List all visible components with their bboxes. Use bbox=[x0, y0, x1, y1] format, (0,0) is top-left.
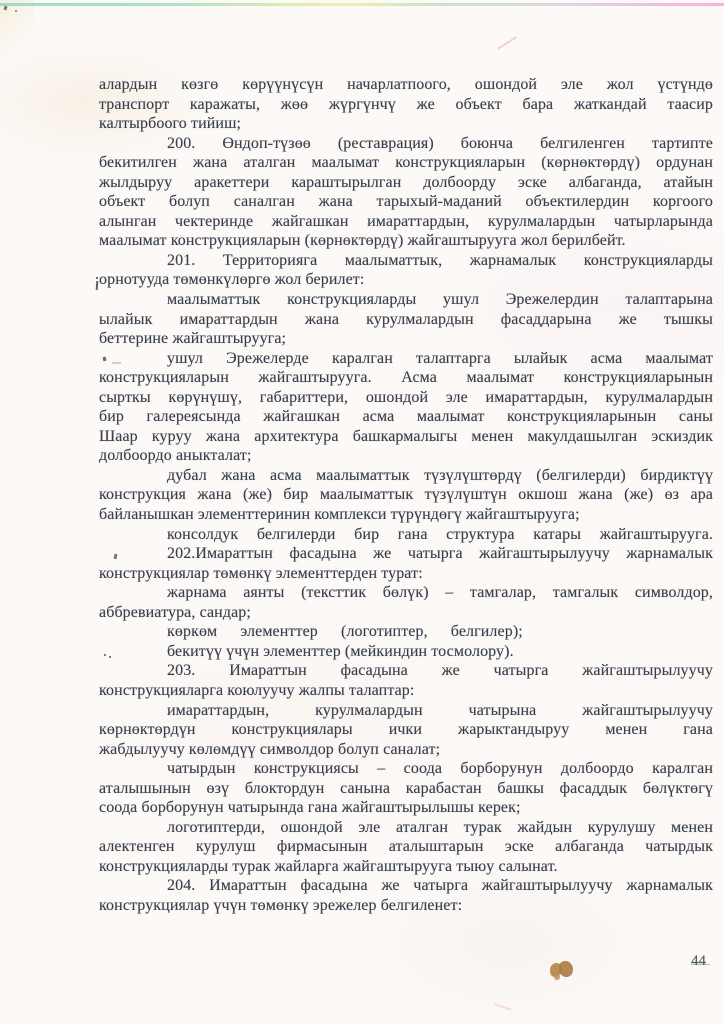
ink-speck bbox=[15, 10, 17, 12]
text-line: жарнама аянты (тексттик бөлүк) – тамгала… bbox=[99, 583, 713, 603]
stain-blob bbox=[559, 961, 573, 977]
text-line: алектенген курулуш фирмасынын аталыштары… bbox=[99, 837, 713, 857]
text-line: конструкцияларды турак жайларга жайгашты… bbox=[99, 857, 713, 877]
text-line: конструкциялар төмөнкү элементтерден тур… bbox=[99, 564, 713, 584]
text-line: чатырдын конструкциясы – соода борборуну… bbox=[99, 759, 713, 779]
text-line: алынган чектеринде жайгашкан имараттарды… bbox=[99, 212, 713, 232]
scanned-page: алардын көзгө көрүүнүсүн начарлатпоого, … bbox=[0, 0, 724, 1024]
text-line: бир галереясында жайгашкан асма маалымат… bbox=[99, 407, 713, 427]
margin-ink-mark bbox=[96, 281, 99, 290]
text-line: бекитүү үчүн элементтер (мейкиндин тосмо… bbox=[99, 642, 713, 662]
text-line: конструкциялар үчүн төмөнкү эрежелер бел… bbox=[99, 896, 713, 916]
text-block: алардын көзгө көрүүнүсүн начарлатпоого, … bbox=[99, 75, 713, 916]
text-line: калтырбоого тийиш; bbox=[99, 114, 713, 134]
margin-ink-mark bbox=[103, 357, 107, 362]
text-line: дубал жана асма маалыматтык түзүлүштөрдү… bbox=[99, 466, 713, 486]
margin-ink-mark bbox=[112, 362, 121, 364]
text-line: байланышкан элементтеринин комплекси түр… bbox=[99, 505, 713, 525]
scan-artifact-line bbox=[691, 964, 710, 965]
margin-ink-mark bbox=[96, 277, 98, 279]
text-line: конструкцияларын жайгаштырууга. Асма маа… bbox=[99, 368, 713, 388]
text-line: бекитилген жана аталган маалымат констру… bbox=[99, 153, 713, 173]
text-line: жылдыруу аракеттери караштырылган долбоо… bbox=[99, 173, 713, 193]
text-line: ушул Эрежелерде каралган талаптарга ылай… bbox=[99, 349, 713, 369]
text-line: Шаар куруу жана архитектура башкармалыгы… bbox=[99, 427, 713, 447]
text-line: көркөм элементтер (логотиптер, белгилер)… bbox=[99, 622, 713, 642]
text-line: 201. Территорияга маалыматтык, жарнамалы… bbox=[99, 251, 713, 271]
text-line: алардын көзгө көрүүнүсүн начарлатпоого, … bbox=[99, 75, 713, 95]
text-line: маалыматтык конструкцияларды ушул Эрежел… bbox=[99, 290, 713, 310]
text-line: соода борборунун чатырында гана жайгашты… bbox=[99, 798, 713, 818]
text-line: 202.Имараттын фасадына же чатырга жайгаш… bbox=[99, 544, 713, 564]
text-line: аталышынын өзү блоктордун санына карабас… bbox=[99, 779, 713, 799]
text-line: конструкция жана (же) бир маалыматтык тү… bbox=[99, 485, 713, 505]
text-line: 200. Өндоп-түзөө (реставрация) боюнча бе… bbox=[99, 134, 713, 154]
text-line: аббревиатура, сандар; bbox=[99, 603, 713, 623]
text-line: ылайык имараттардын жана курулмалардын ф… bbox=[99, 310, 713, 330]
text-line: 204. Имараттын фасадына же чатырга жайга… bbox=[99, 876, 713, 896]
scratch-mark bbox=[494, 1003, 512, 1010]
text-line: имараттардын, курулмалардын чатырына жай… bbox=[99, 701, 713, 721]
text-line: долбоордо аныкталат; bbox=[99, 446, 713, 466]
page-number: 44 bbox=[691, 953, 706, 970]
text-line: логотиптерди, ошондой эле аталган турак … bbox=[99, 818, 713, 838]
stain-mark bbox=[550, 961, 576, 983]
text-line: жабдылуучу көлөмдүү символдор болуп сана… bbox=[99, 740, 713, 760]
text-line: транспорт каражаты, жөө жүргүнчү же объе… bbox=[99, 95, 713, 115]
text-line: орнотууда төмөнкүлөргө жол берилет: bbox=[99, 270, 713, 290]
text-line: объект болуп саналган жана тарыхый-мадан… bbox=[99, 192, 713, 212]
stain-blob bbox=[554, 974, 560, 980]
text-line: конструкцияларга коюлуучу жалпы талаптар… bbox=[99, 681, 713, 701]
scan-edge-line bbox=[0, 3, 724, 6]
margin-ink-mark bbox=[104, 654, 106, 656]
text-line: 203. Имараттын фасадына же чатырга жайга… bbox=[99, 661, 713, 681]
text-line: консолдук белгилерди бир гана структура … bbox=[99, 525, 713, 545]
text-line: маалымат конструкцияларын (көрнөктөрдү) … bbox=[99, 231, 713, 251]
scratch-mark bbox=[497, 36, 517, 49]
text-line: көрнөктөрдүн конструкциялары ички жарыкт… bbox=[99, 720, 713, 740]
text-line: беттерине жайгаштырууга; bbox=[99, 329, 713, 349]
text-line: сырткы көрүнүшү, габариттери, ошондой эл… bbox=[99, 388, 713, 408]
